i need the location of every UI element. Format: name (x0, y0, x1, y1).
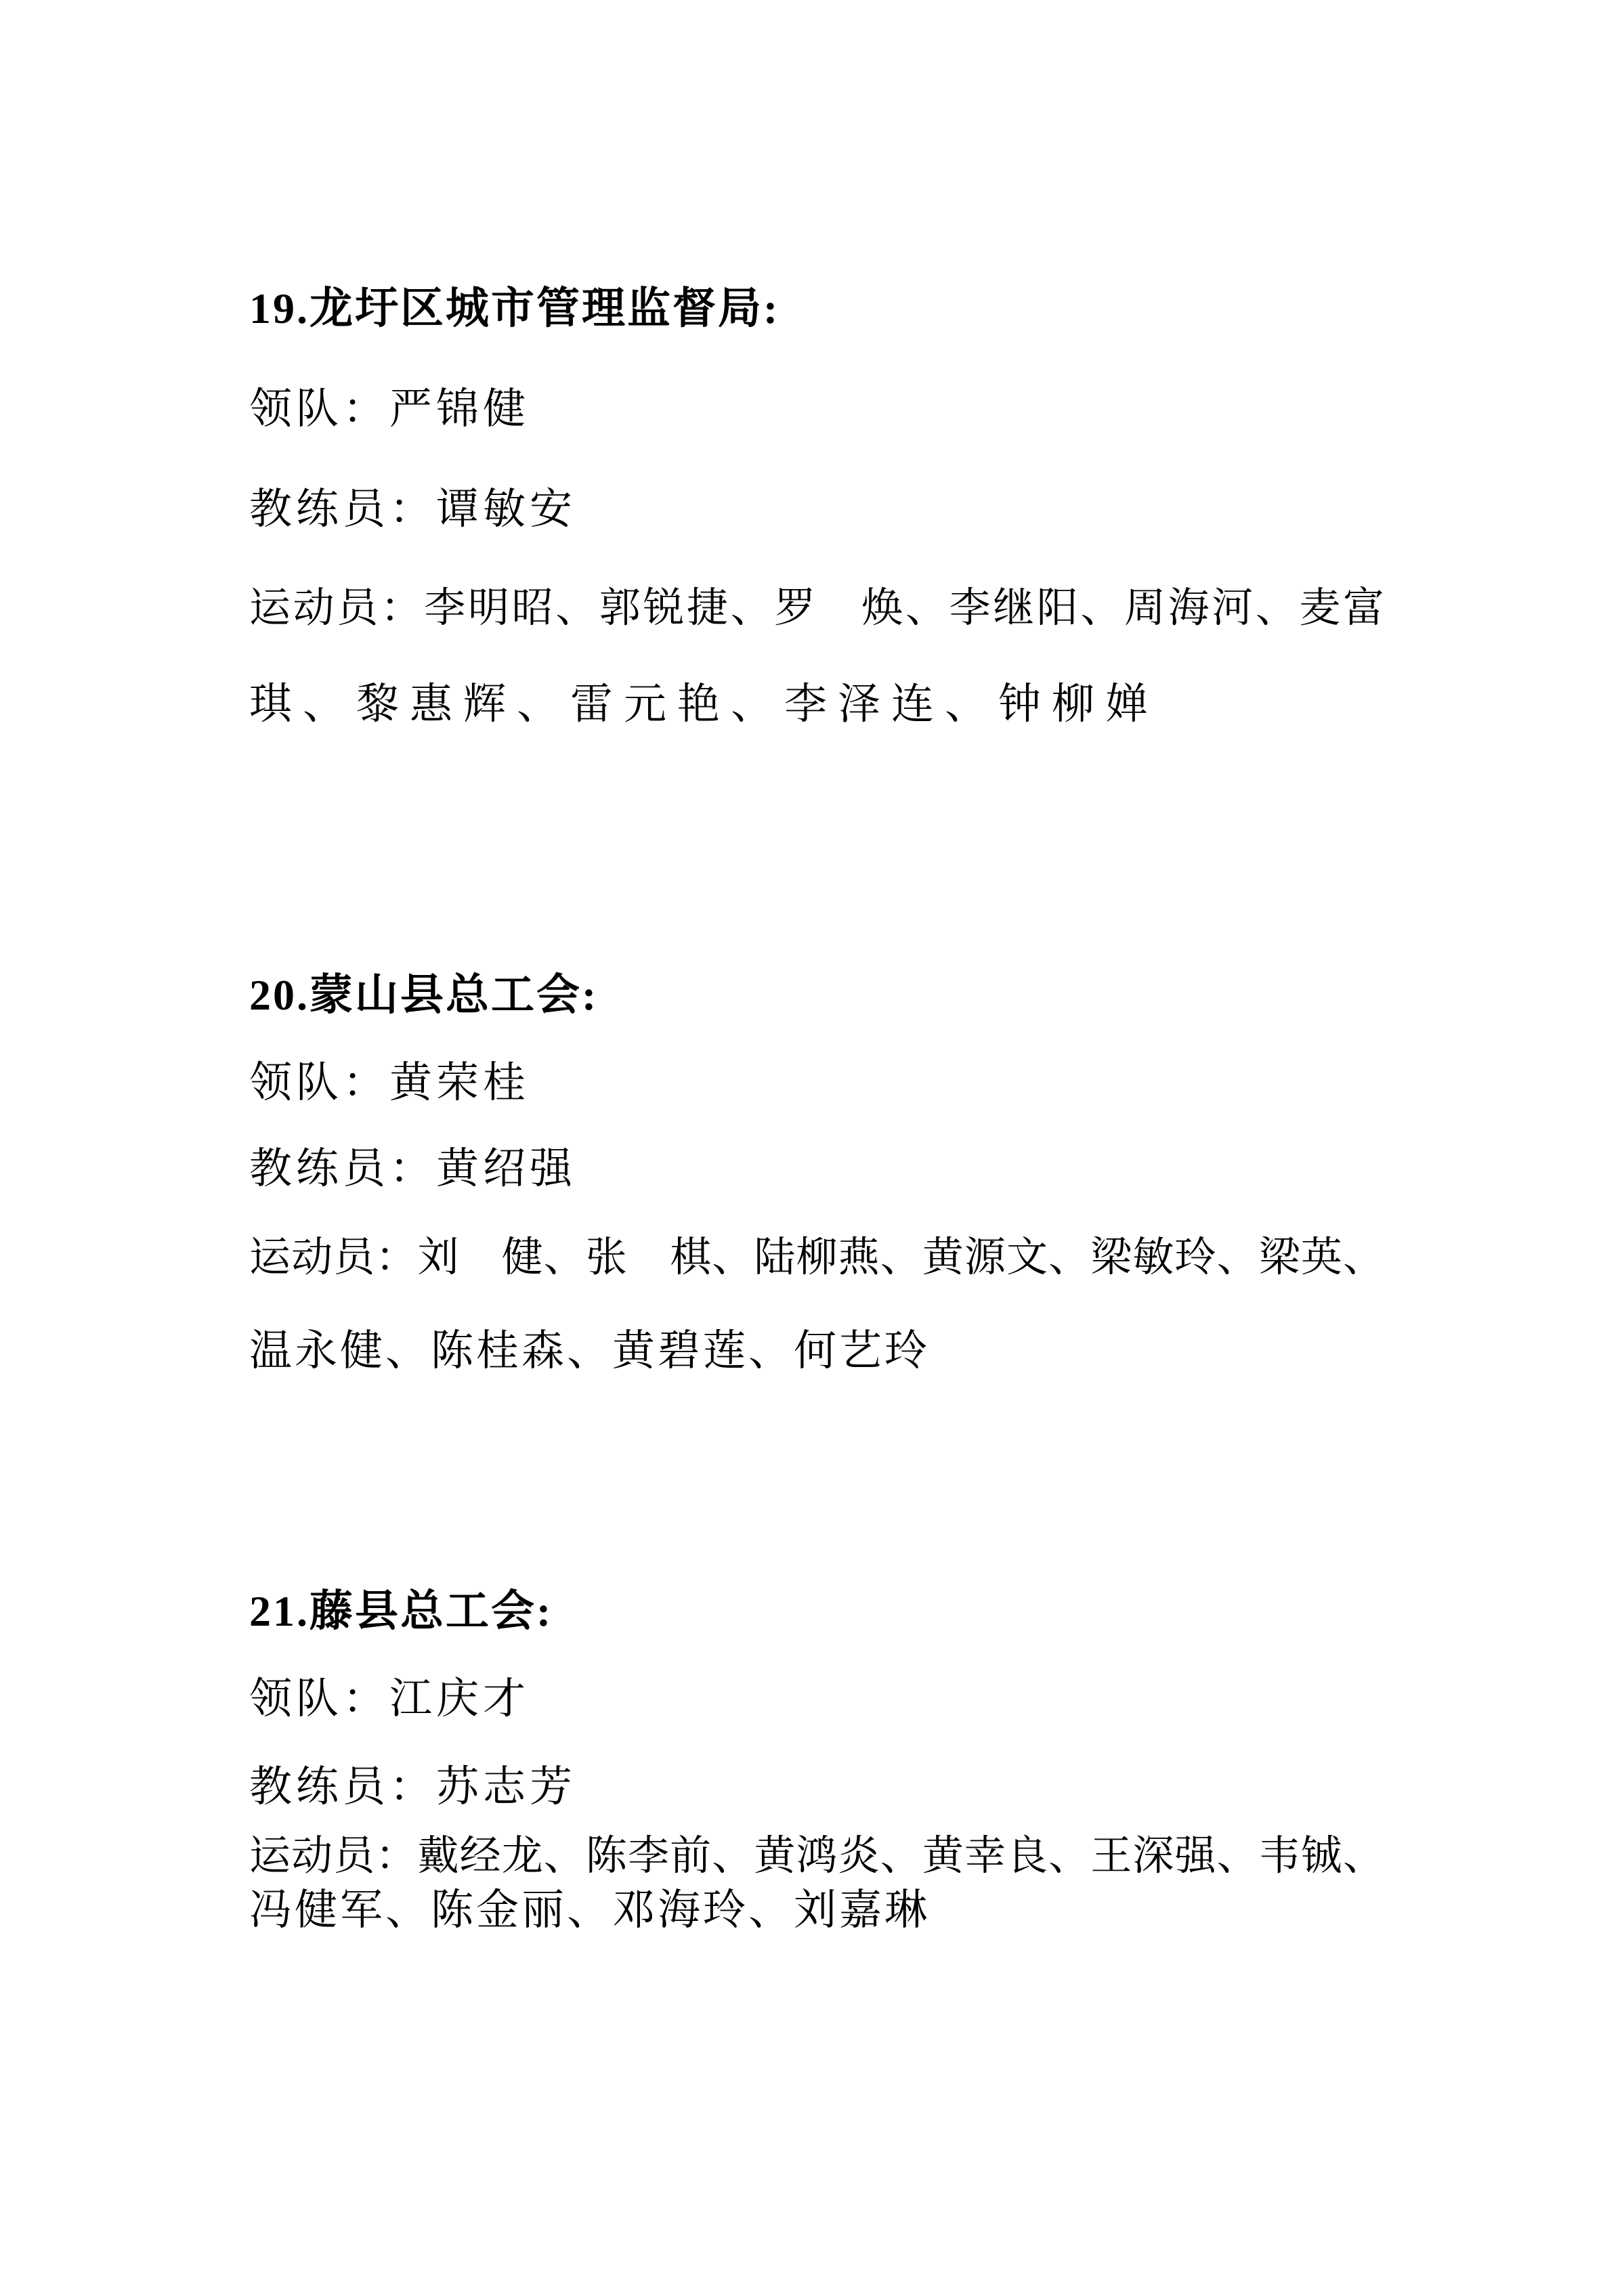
section-20-heading: 20.蒙山县总工会: (249, 972, 1384, 1018)
section-19-athletes-line-1: 运动员：李明昭、郭锐捷、罗 焕、李继阳、周海河、麦富 (249, 586, 1384, 631)
section-19-coach-line: 教练员：谭敏安 (249, 486, 1384, 532)
section-19-leader-line: 领队：严锦健 (249, 386, 1384, 432)
section-20-coach-line: 教练员：黄绍强 (249, 1146, 1384, 1192)
section-19-athletes-line-2: 琪、黎惠辉、雷元艳、李泽连、钟柳婵 (249, 681, 1384, 727)
section-20-athletes-line-1: 运动员：刘 健、张 棋、陆柳燕、黄源文、梁敏玲、梁英、 (249, 1236, 1384, 1280)
section-20-athletes-line-2: 温永健、陈桂森、黄碧莲、何艺玲 (249, 1328, 1384, 1374)
section-21-leader-line: 领队：江庆才 (249, 1676, 1384, 1722)
section-21-heading: 21.藤县总工会: (249, 1588, 1384, 1634)
section-21-athletes-line-2: 冯健军、陈金丽、邓海玲、刘嘉琳 (249, 1887, 1384, 1933)
section-19-heading: 19.龙圩区城市管理监督局: (249, 285, 1384, 332)
section-21-coach-line: 教练员：苏志芳 (249, 1764, 1384, 1810)
section-20-leader-line: 领队：黄荣桂 (249, 1060, 1384, 1106)
section-21-athletes-line-1: 运动员：戴经龙、陈李前、黄鸿炎、黄幸良、王深强、韦铖、 (249, 1834, 1384, 1879)
document-page: 19.龙圩区城市管理监督局: 领队：严锦健 教练员：谭敏安 运动员：李明昭、郭锐… (0, 0, 1624, 2296)
